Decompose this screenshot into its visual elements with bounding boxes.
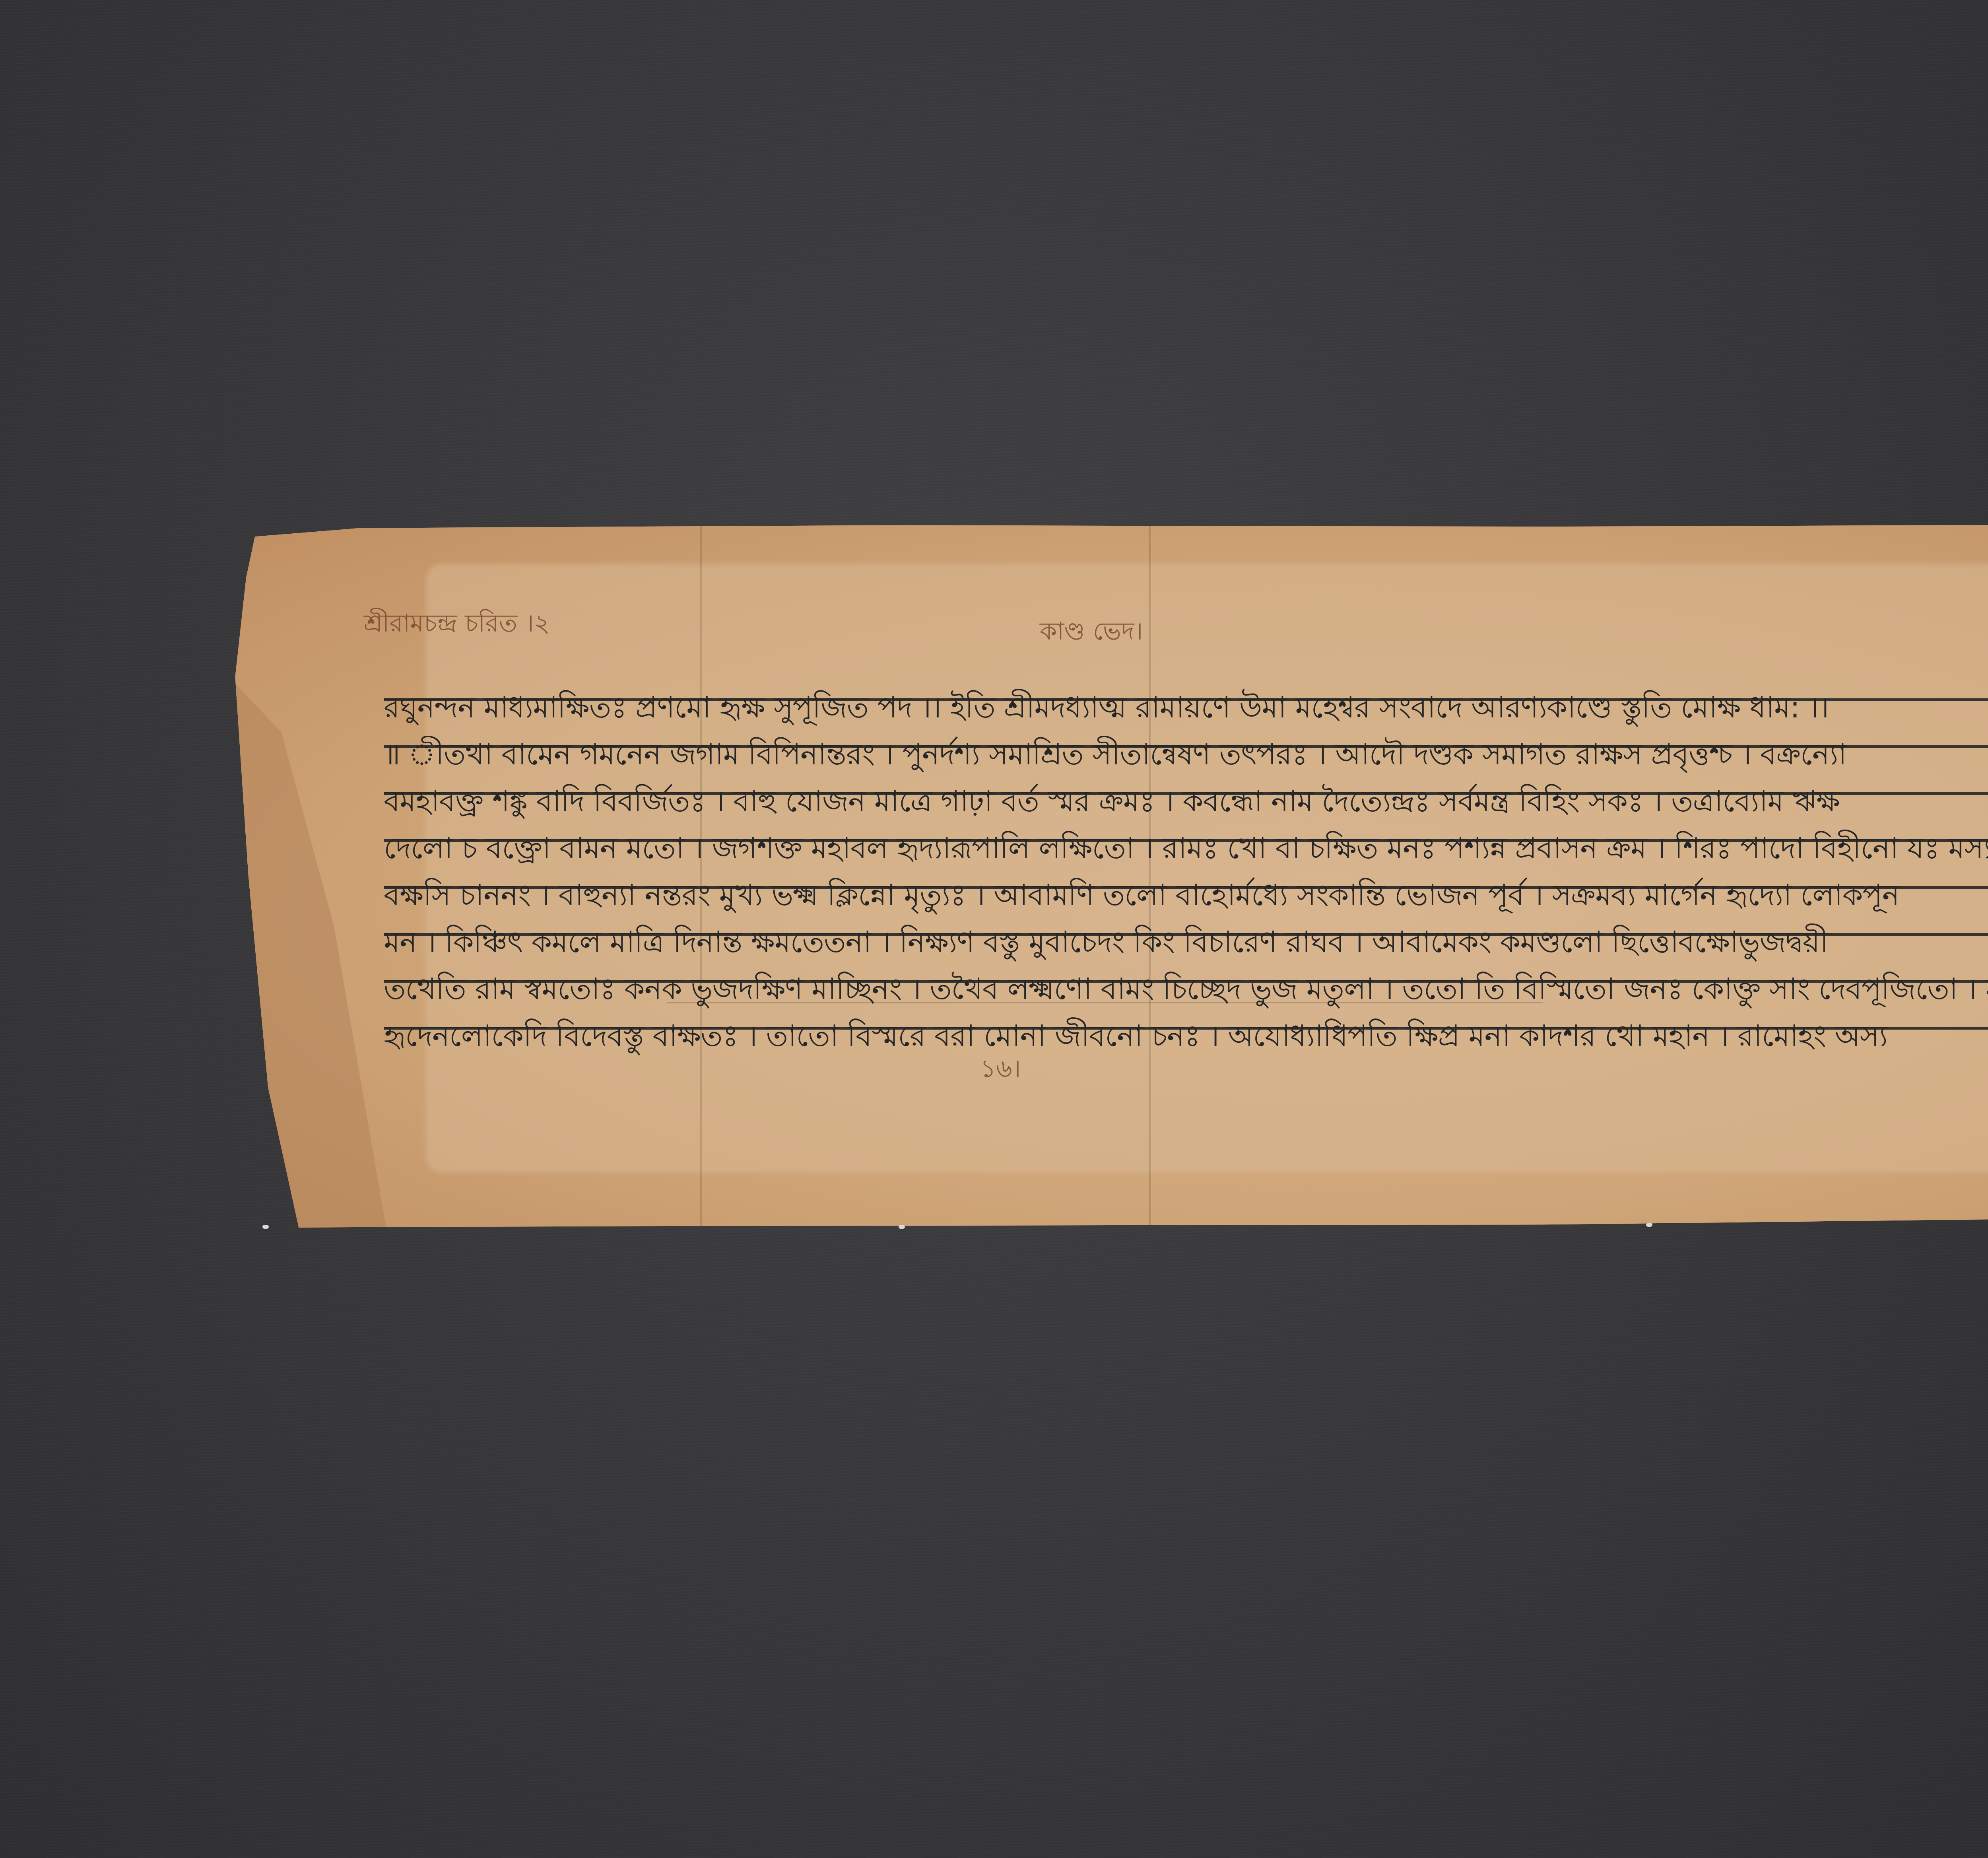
folio-number-mark: ১৬। (980, 1050, 1021, 1091)
top-center-heading: কাণ্ড ভেদ। (1040, 612, 1143, 653)
mounting-pin (262, 1225, 269, 1229)
manuscript-folio: শ্রীরামচন্দ্র চরিত ।২ কাণ্ড ভেদ। রঘুনন্দ… (229, 521, 1988, 1229)
mounting-pin (899, 1225, 905, 1229)
top-left-marginal-title: শ্রীরামচন্দ্র চরিত ।২ (364, 604, 550, 645)
text-line-1: রঘুনন্দন মাধ্যমাক্ষিতঃ প্রণমো হৃক্ষ সুপূ… (384, 684, 1988, 731)
text-line-2: ॥ ীতথা বামেন গমনেন জগাম বিপিনান্তরং । পু… (384, 731, 1988, 778)
text-line-8: হৃদেনলোকেদি বিদেবস্তু বাক্ষতঃ । তাতো বিস… (384, 1013, 1988, 1059)
text-line-3: বমহাবক্ত্র শঙ্কু বাদি বিবর্জিতঃ । বাহু য… (384, 778, 1988, 825)
text-line-5: বক্ষসি চাননং । বাহুন্যা নন্তরং মুখ্য ভক্… (384, 872, 1988, 919)
text-line-7: তথেতি রাম স্বমতোঃ কনক ভুজদক্ষিণ মাচ্ছিনং… (384, 966, 1988, 1013)
main-text-block: রঘুনন্দন মাধ্যমাক্ষিতঃ প্রণমো হৃক্ষ সুপূ… (384, 684, 1988, 1059)
mounting-pin (1646, 1223, 1652, 1227)
text-line-4: দেলো চ বক্ত্রো বামন মতো । জগশক্ত মহাবল হ… (384, 825, 1988, 872)
text-line-6: মন । কিঞ্চিৎ কমলে মাত্রি দিনান্ত ক্ষমতেত… (384, 919, 1988, 966)
left-edge-stain (229, 677, 404, 1229)
